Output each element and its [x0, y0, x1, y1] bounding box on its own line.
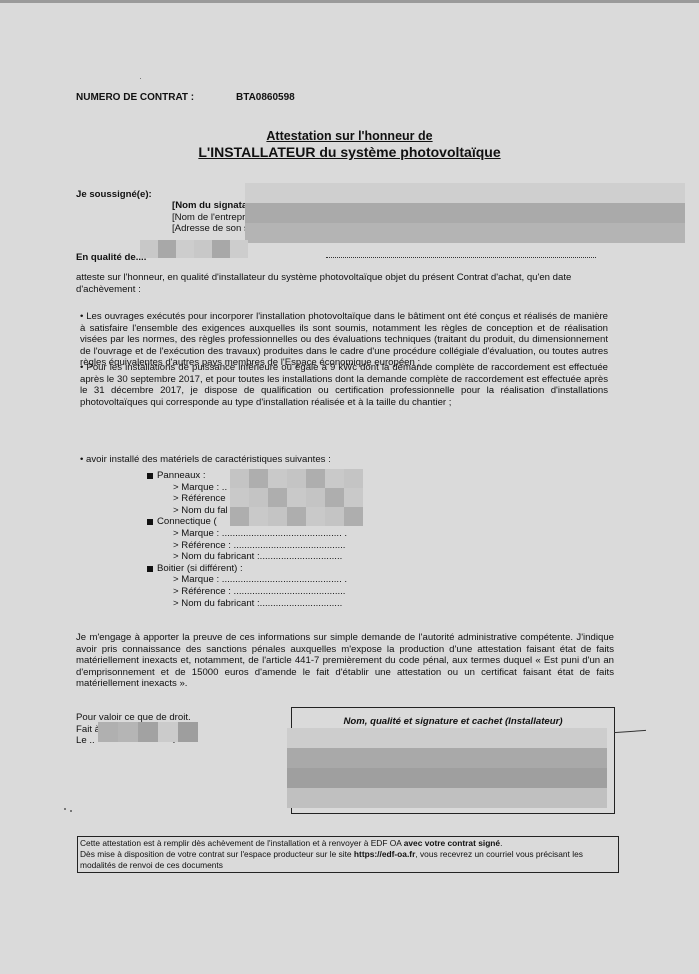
scan-speck	[140, 78, 141, 79]
notice-text: Dès mise à disposition de votre contrat …	[80, 849, 354, 859]
materials-item: > Nom du fabricant :....................…	[157, 598, 347, 610]
quality-label: En qualité de....	[76, 252, 146, 264]
materials-heading: Boitier (si différent) :	[157, 563, 347, 575]
notice-line-2: Dès mise à disposition de votre contrat …	[80, 849, 616, 871]
closing-le-label: Le ..	[76, 735, 95, 746]
notice-line-1: Cette attestation est à remplir dès achè…	[80, 838, 616, 849]
document-title: Attestation sur l'honneur de L'INSTALLAT…	[0, 128, 699, 160]
title-line-1: Attestation sur l'honneur de	[266, 129, 432, 143]
signature-box-label: Nom, qualité et signature et cachet (Ins…	[292, 716, 614, 727]
notice-text: Cette attestation est à remplir dès achè…	[80, 838, 404, 848]
title-line-2: L'INSTALLATEUR du système photovoltaïque	[198, 144, 500, 160]
materials-item: > Référence : ..........................…	[157, 540, 347, 552]
notice-box: Cette attestation est à remplir dès achè…	[77, 836, 619, 873]
redacted-place-date	[98, 722, 198, 742]
signatory-intro: Je soussigné(e):	[76, 189, 152, 201]
notice-bold: avec votre contrat signé	[404, 838, 500, 848]
materials-enclosure: Boitier (si différent) : > Marque : ....…	[157, 563, 347, 609]
bullet-materials-intro: • avoir installé des matériels de caract…	[80, 454, 608, 466]
contract-number: BTA0860598	[236, 92, 295, 103]
materials-item: > Marque : .............................…	[157, 574, 347, 586]
contract-number-row: NUMERO DE CONTRAT : BTA0860598	[76, 92, 194, 103]
materials-item: > Marque : .............................…	[157, 528, 347, 540]
bullet-qualification: • Pour les installations de puissance in…	[80, 362, 608, 408]
attestation-intro: atteste sur l'honneur, en qualité d'inst…	[76, 272, 616, 295]
materials-item: > Nom du fabricant :....................…	[157, 551, 347, 563]
scan-top-edge	[0, 0, 699, 3]
redacted-signatory-block	[245, 183, 685, 243]
redacted-panels-block	[230, 469, 363, 526]
scan-speck	[70, 810, 72, 812]
engagement-paragraph: Je m'engage à apporter la preuve de ces …	[76, 632, 614, 690]
bullet-works-compliance: • Les ouvrages exécutés pour incorporer …	[80, 311, 608, 369]
edf-oa-link[interactable]: https://edf-oa.fr	[354, 849, 415, 859]
notice-end: .	[500, 838, 502, 848]
redacted-signature-stamp	[287, 728, 607, 808]
materials-item: > Référence : ..........................…	[157, 586, 347, 598]
quality-dotted-line	[326, 251, 596, 258]
signature-stroke	[614, 730, 646, 733]
scan-speck	[64, 808, 66, 810]
redacted-quality-block	[140, 240, 248, 258]
contract-label: NUMERO DE CONTRAT :	[76, 92, 194, 103]
